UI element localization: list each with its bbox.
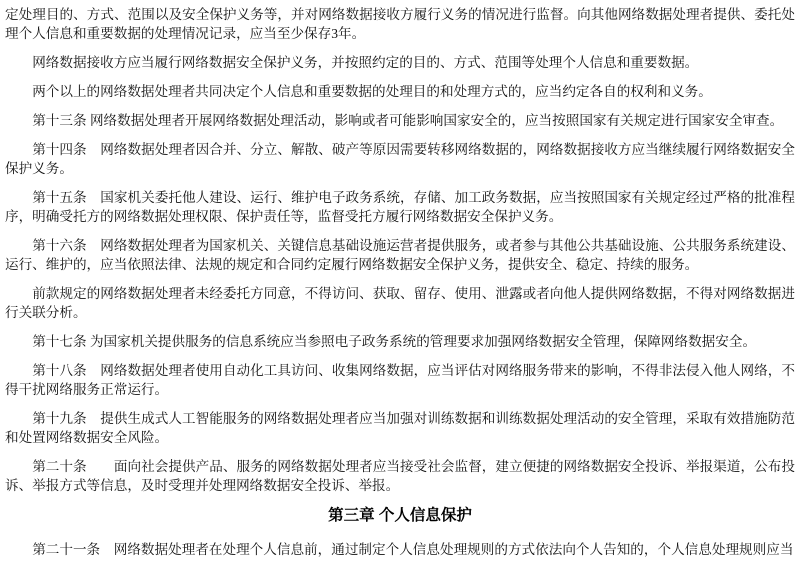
chapter-heading: 第三章 个人信息保护	[5, 506, 795, 526]
paragraph-article-14: 第十四条 网络数据处理者因合并、分立、解散、破产等原因需要转移网络数据的，网络数…	[5, 140, 795, 178]
paragraph-continuation: 定处理目的、方式、范围以及安全保护义务等，并对网络数据接收方履行义务的情况进行监…	[5, 5, 795, 43]
paragraph-article-21: 第二十一条 网络数据处理者在处理个人信息前，通过制定个人信息处理规则的方式依法向…	[5, 540, 795, 559]
paragraph-article-13: 第十三条 网络数据处理者开展网络数据处理活动，影响或者可能影响国家安全的，应当按…	[5, 111, 795, 130]
paragraph-article-20: 第二十条 面向社会提供产品、服务的网络数据处理者应当接受社会监督，建立便捷的网络…	[5, 457, 795, 495]
document-page: 定处理目的、方式、范围以及安全保护义务等，并对网络数据接收方履行义务的情况进行监…	[0, 0, 800, 565]
paragraph-article-16: 第十六条 网络数据处理者为国家机关、关键信息基础设施运营者提供服务，或者参与其他…	[5, 236, 795, 274]
paragraph-joint-processors: 两个以上的网络数据处理者共同决定个人信息和重要数据的处理目的和处理方式的，应当约…	[5, 82, 795, 101]
paragraph-article-19: 第十九条 提供生成式人工智能服务的网络数据处理者应当加强对训练数据和训练数据处理…	[5, 409, 795, 447]
paragraph-article-16-clause: 前款规定的网络数据处理者未经委托方同意，不得访问、获取、留存、使用、泄露或者向他…	[5, 284, 795, 322]
paragraph-receiver-obligation: 网络数据接收方应当履行网络数据安全保护义务，并按照约定的目的、方式、范围等处理个…	[5, 53, 795, 72]
paragraph-article-18: 第十八条 网络数据处理者使用自动化工具访问、收集网络数据，应当评估对网络服务带来…	[5, 361, 795, 399]
paragraph-article-15: 第十五条 国家机关委托他人建设、运行、维护电子政务系统，存储、加工政务数据，应当…	[5, 188, 795, 226]
paragraph-article-17: 第十七条 为国家机关提供服务的信息系统应当参照电子政务系统的管理要求加强网络数据…	[5, 332, 795, 351]
